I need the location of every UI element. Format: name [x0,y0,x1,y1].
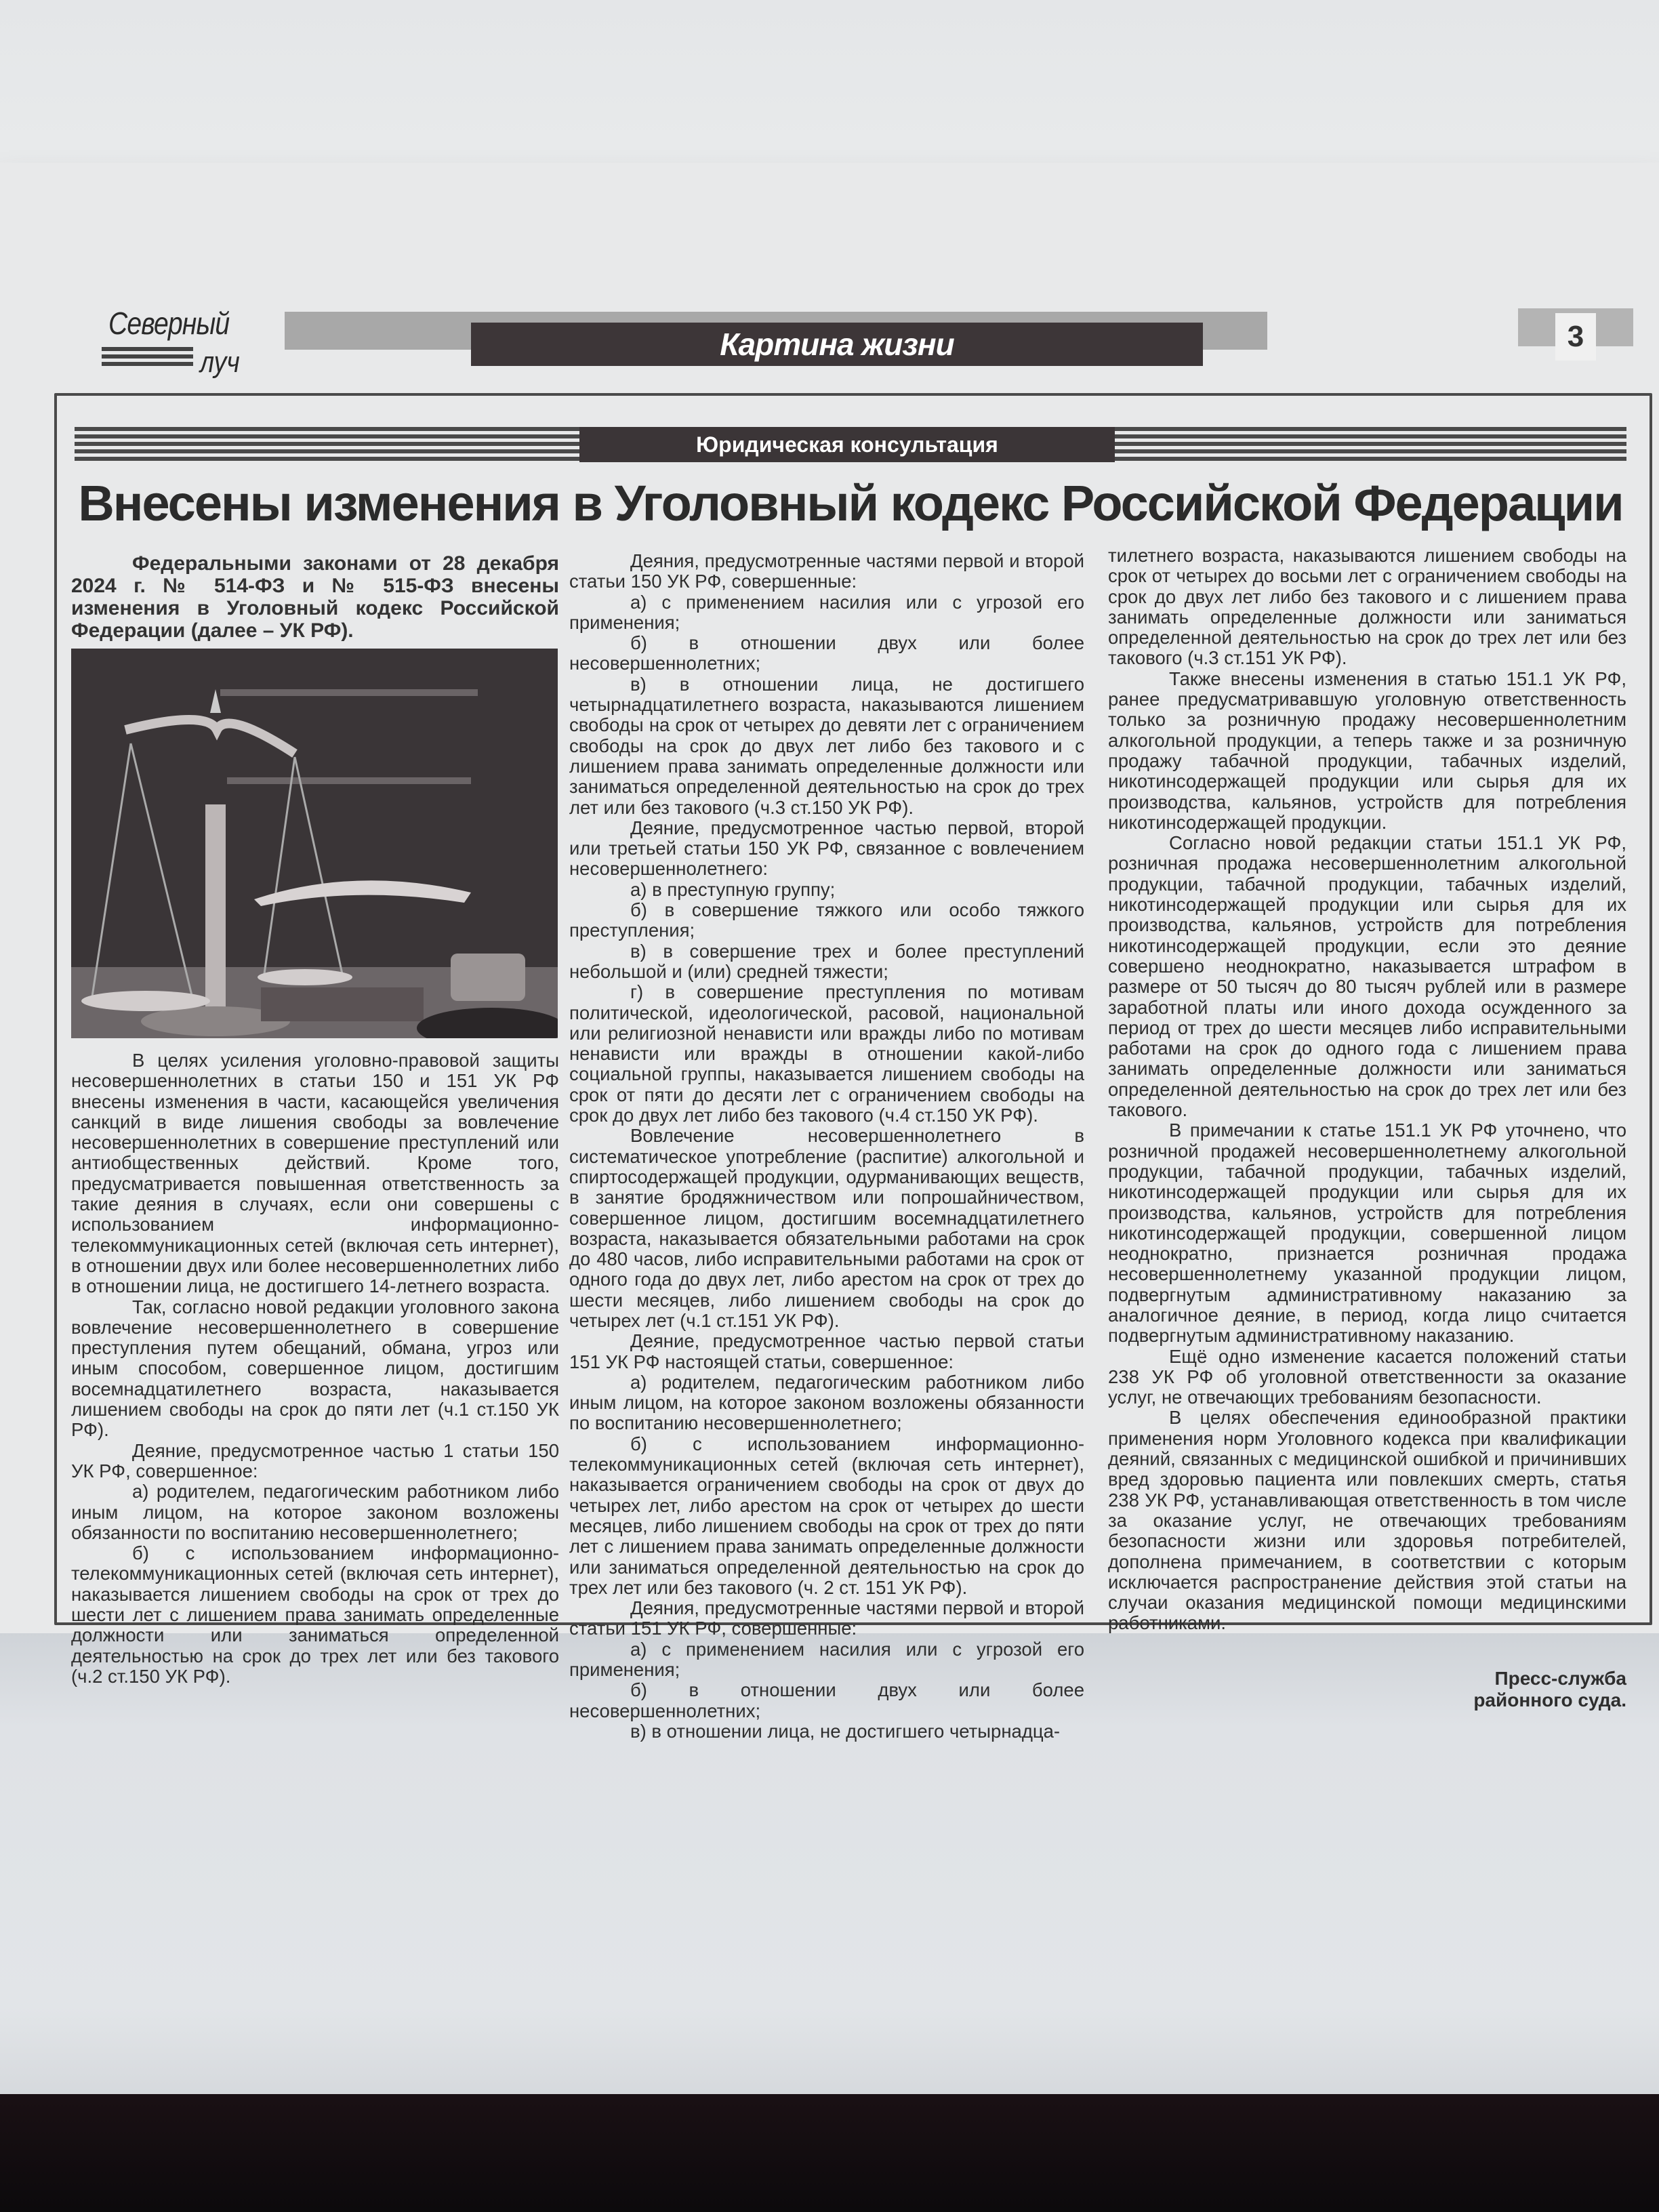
paragraph: Деяние, предусмотренное частью первой, в… [569,818,1084,880]
list-item: б) с использованием информационно-телеко… [569,1434,1084,1598]
section-title-band: Картина жизни [471,323,1203,366]
rubric-band: Юридическая консультация [579,427,1115,462]
paragraph: Согласно новой редакции статьи 151.1 УК … [1108,833,1626,1120]
list-item: а) с применением насилия или с угрозой е… [569,1639,1084,1681]
list-item: б) в отношении двух или более несовершен… [569,633,1084,674]
logo-title-line1: Северный [108,305,229,342]
paragraph: Так, согласно новой редакции уголовного … [71,1297,559,1441]
column-3: тилетнего возраста, наказываются лишение… [1108,546,1626,1711]
list-item: б) в отношении двух или более несовершен… [569,1680,1084,1721]
logo-lines-icon [102,347,193,369]
list-item: б) с использованием информационно-телеко… [71,1543,559,1687]
paragraph: В целях усиления уголовно-правовой защит… [71,1050,559,1297]
background-wall [0,0,1659,190]
paragraph: В примечании к статье 151.1 УК РФ уточне… [1108,1120,1626,1346]
list-item: в) в отношении лица, не достигшего четыр… [569,674,1084,818]
list-item: а) родителем, педагогическим работником … [569,1372,1084,1434]
list-item: в) в отношении лица, не достигшего четыр… [569,1721,1084,1742]
paragraph-continuation: тилетнего возраста, наказываются лишение… [1108,546,1626,669]
column-2: Деяния, предусмотренные частями первой и… [569,551,1084,1742]
signature-line1: Пресс-служба [1108,1668,1626,1689]
justice-scales-photo [71,649,558,1038]
paragraph: Деяния, предусмотренные частями первой и… [569,551,1084,592]
section-title: Картина жизни [720,326,954,363]
list-item: б) в совершение тяжкого или особо тяжког… [569,900,1084,941]
article-body: Федеральными законами от 28 декабря 2024… [71,552,1643,1610]
article-signature: Пресс-служба районного суда. [1108,1668,1626,1711]
rubric: Юридическая консультация [75,427,1626,461]
paragraph: Деяние, предусмотренное частью первой ст… [569,1331,1084,1372]
column-1: Федеральными законами от 28 декабря 2024… [71,552,559,1687]
paragraph: Вовлечение несовершеннолетнего в система… [569,1126,1084,1331]
signature-line2: районного суда. [1108,1689,1626,1711]
list-item: а) с применением насилия или с угрозой е… [569,592,1084,634]
paragraph: Также внесены изменения в статью 151.1 У… [1108,669,1626,833]
list-item: а) в преступную группу; [569,880,1084,900]
paragraph: Ещё одно изменение касается положений ст… [1108,1347,1626,1408]
paragraph: Деяния, предусмотренные частями первой и… [569,1598,1084,1639]
paragraph: Деяние, предусмотренное частью 1 статьи … [71,1441,559,1482]
dark-floor [0,2094,1659,2212]
page-number: 3 [1555,313,1596,361]
rubric-stripes-right [1115,427,1626,461]
masthead: Северный луч Картина жизни 3 [95,298,1633,386]
rubric-stripes-left [75,427,579,461]
article-headline: Внесены изменения в Уголовный кодекс Рос… [75,474,1626,532]
list-item: а) родителем, педагогическим работником … [71,1481,559,1543]
logo-title-line2: луч [200,346,240,380]
article-lead: Федеральными законами от 28 декабря 2024… [71,552,559,642]
scales-gavel-illustration-icon [71,649,558,1038]
paragraph: В целях обеспечения единообразной практи… [1108,1408,1626,1633]
list-item: г) в совершение преступления по мотивам … [569,982,1084,1126]
newspaper-logo: Северный луч [102,305,264,393]
rubric-label: Юридическая консультация [696,432,998,457]
list-item: в) в совершение трех и более преступлени… [569,941,1084,983]
